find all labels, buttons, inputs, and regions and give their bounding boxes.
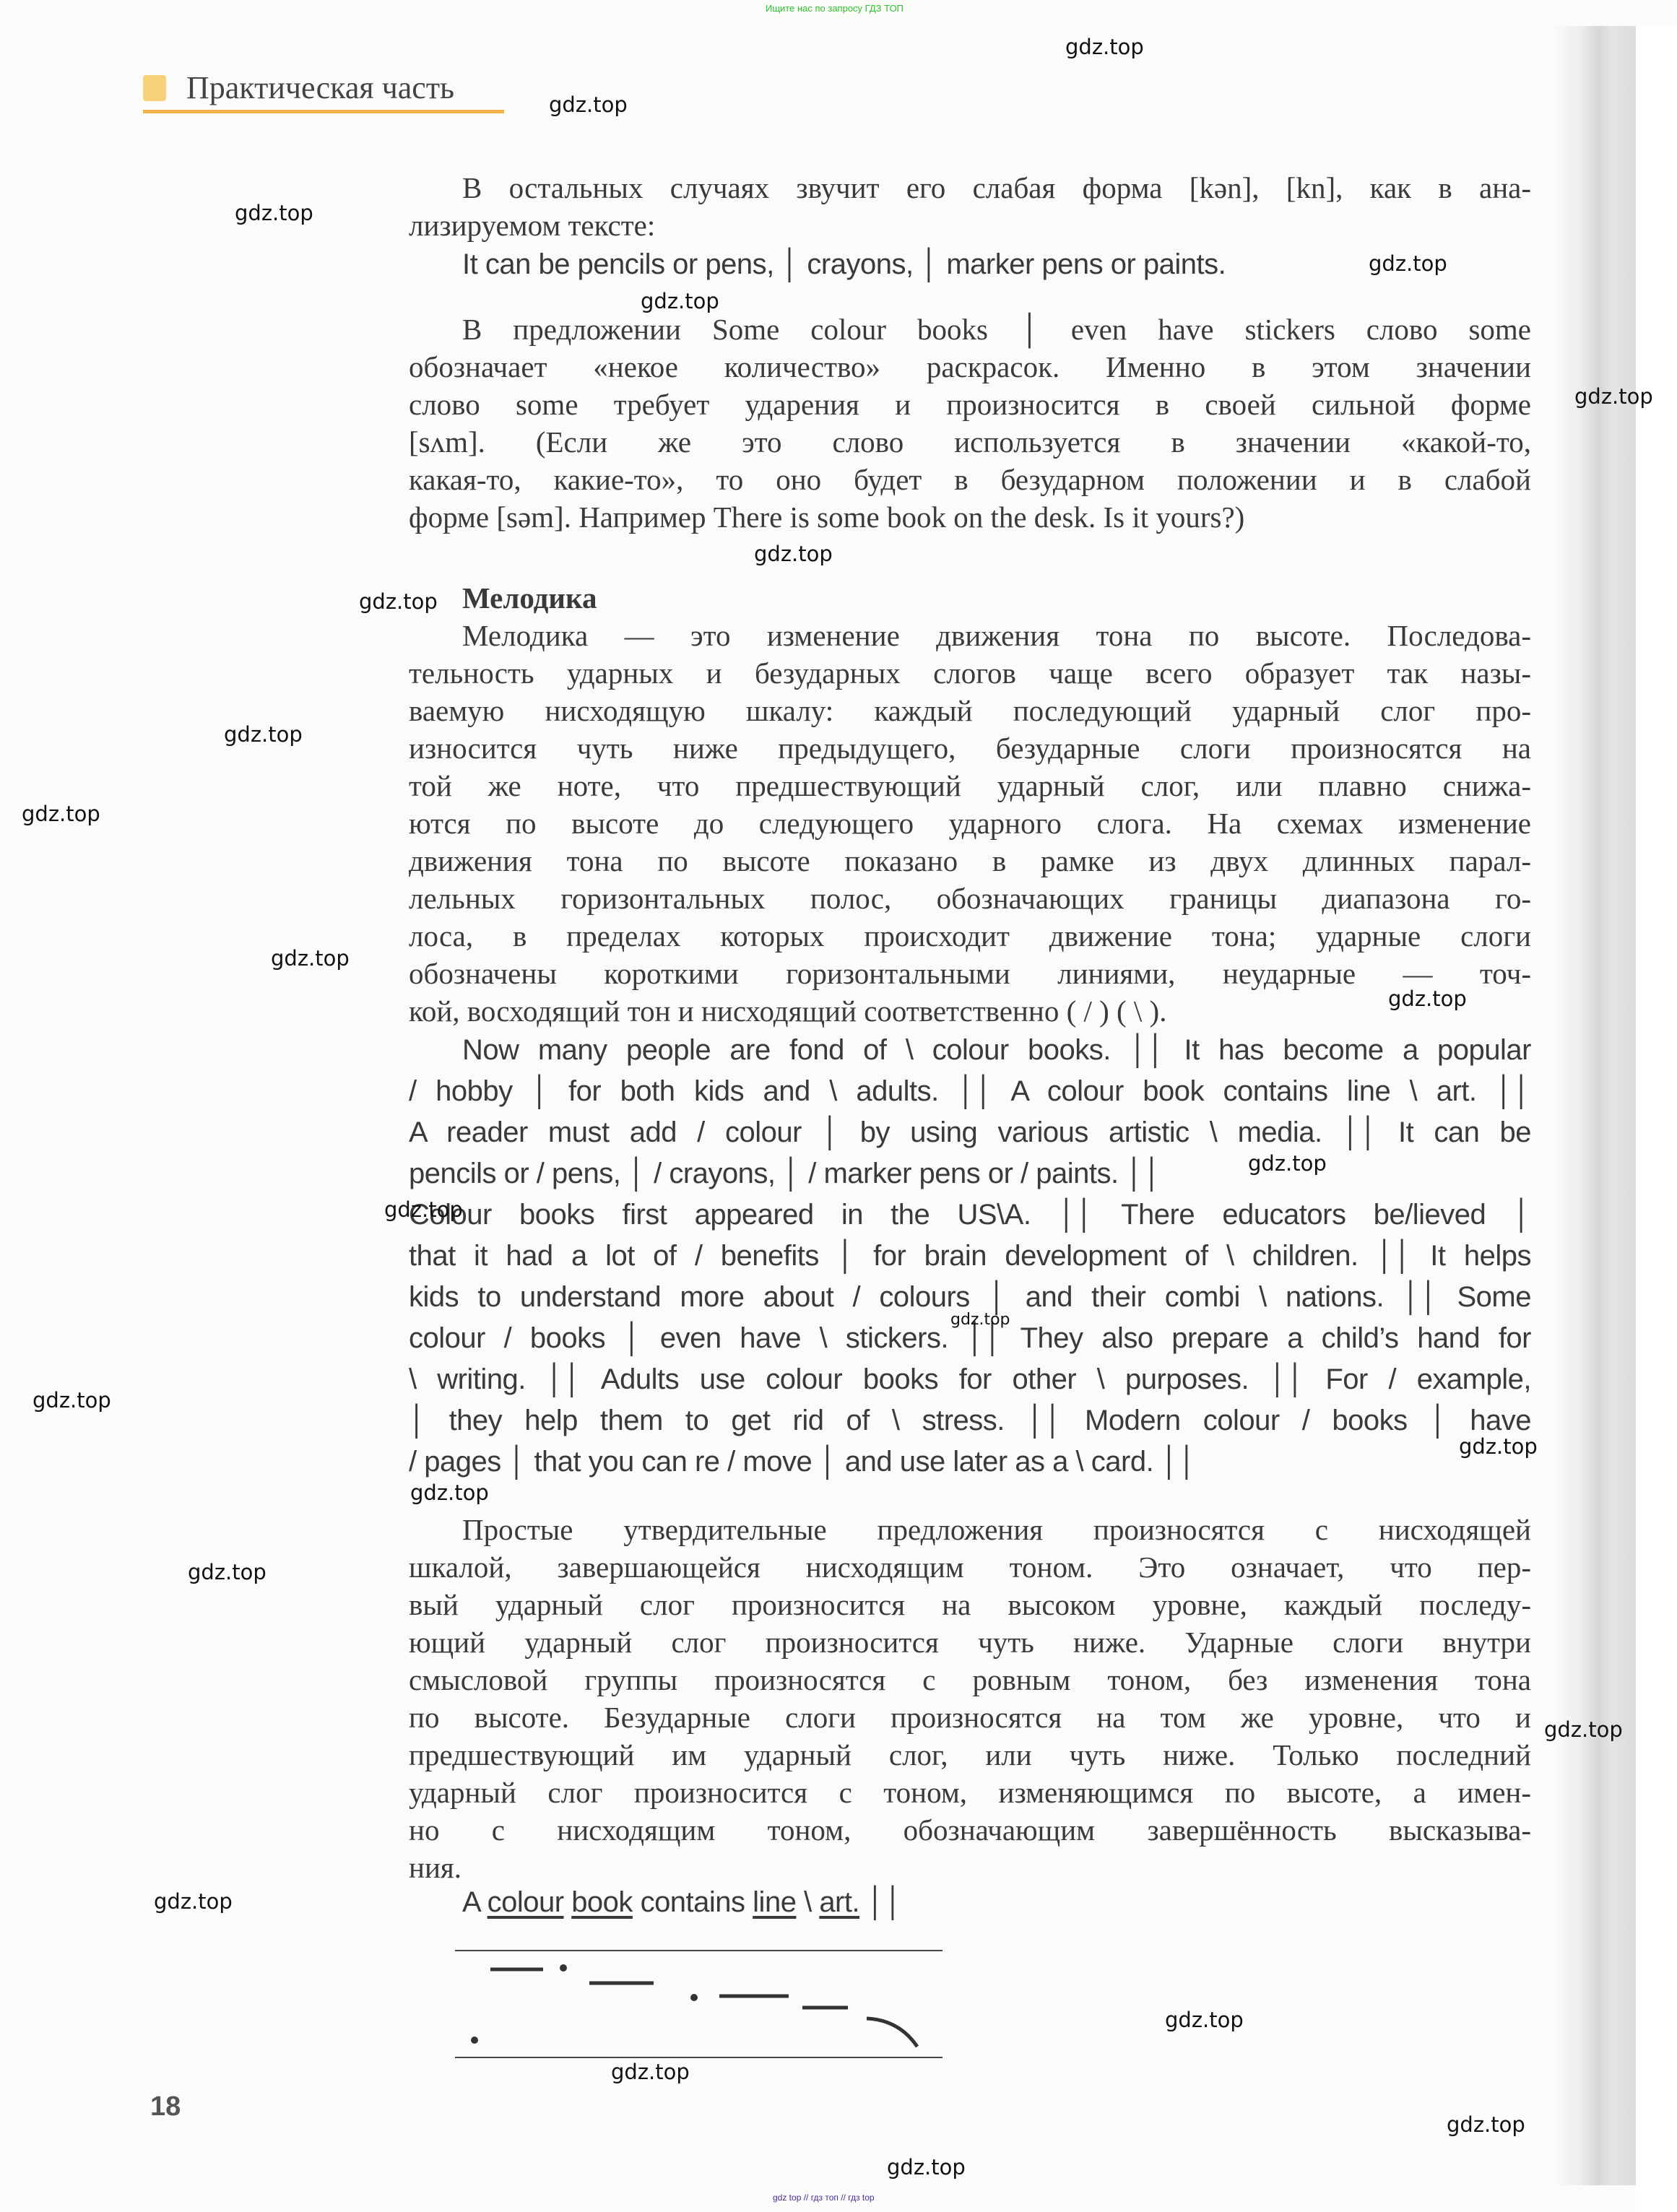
page-number: 18 <box>150 2091 181 2122</box>
text-line: по высоте. Безударные слоги произносятся… <box>409 1697 1531 1738</box>
bottom-banner: gdz top // гдз топ // гдз top <box>773 2193 875 2203</box>
watermark: gdz.top <box>1388 986 1467 1011</box>
text-line: движения тона по высоте показано в рамке… <box>409 841 1531 881</box>
text-line: В предложении Some colour books │ even h… <box>409 309 1531 350</box>
text-line: какая-то, какие-то», то оно будет в безу… <box>409 459 1531 500</box>
word-stressed: contains <box>641 1886 745 1918</box>
watermark: gdz.top <box>1447 2112 1525 2137</box>
watermark: gdz.top <box>22 802 100 826</box>
section-title: Практическая часть <box>186 69 454 106</box>
text-line: лельных горизонтальных полос, обозначающ… <box>409 878 1531 919</box>
text-line: / pages │ that you can re / move │ and u… <box>409 1441 1531 1482</box>
example-sentence: A colour book contains line \ art. ││ <box>462 1886 903 1919</box>
text-line: но с нисходящим тоном, обозначающим заве… <box>409 1810 1531 1850</box>
falling-tone-mark: \ <box>804 1886 812 1918</box>
word-stressed: art. <box>819 1886 859 1918</box>
text-line: обозначены короткими горизонтальными лин… <box>409 953 1531 994</box>
text-line: ния. <box>409 1847 1531 1888</box>
text-line: \ writing. ││ Adults use colour books fo… <box>409 1359 1531 1400</box>
watermark: gdz.top <box>1248 1151 1327 1176</box>
text-line: предшествующий им ударный слог, или чуть… <box>409 1735 1531 1775</box>
pause-mark: ││ <box>867 1886 903 1918</box>
text-line: A reader must add / colour │ by using va… <box>409 1112 1531 1153</box>
watermark: gdz.top <box>32 1388 111 1413</box>
text-line: [sʌm]. (Если же это слово используется в… <box>409 422 1531 462</box>
text-line: Мелодика — это изменение движения тона п… <box>409 615 1531 656</box>
watermark: gdz.top <box>359 589 438 614</box>
page-gutter-shadow <box>1553 26 1636 2185</box>
watermark: gdz.top <box>950 1311 1010 1329</box>
text-line: Colour books first appeared in the US\A.… <box>409 1194 1531 1235</box>
watermark: gdz.top <box>754 542 833 566</box>
word-stressed: colour <box>487 1886 564 1918</box>
watermark: gdz.top <box>549 92 628 117</box>
section-underline <box>143 110 504 113</box>
text-line: износится чуть ниже предыдущего, безудар… <box>409 728 1531 768</box>
watermark: gdz.top <box>1065 35 1144 59</box>
watermark: gdz.top <box>611 2060 690 2084</box>
text-line: ваемую нисходящую шкалу: каждый последую… <box>409 690 1531 731</box>
text-line: │ they help them to get rid of \ stress.… <box>409 1400 1531 1441</box>
watermark: gdz.top <box>641 289 719 313</box>
watermark: gdz.top <box>224 722 303 747</box>
watermark: gdz.top <box>1369 251 1447 276</box>
outside-area <box>1636 26 1677 2212</box>
section-marker-icon <box>143 75 166 101</box>
top-banner: Ищите нас по запросу ГДЗ ТОП <box>766 3 903 14</box>
text-line: кой, восходящий тон и нисходящий соответ… <box>409 991 1531 1031</box>
text-line: pencils or / pens, │ / crayons, │ / mark… <box>409 1153 1531 1194</box>
text-line: обозначает «некое количество» раскрасок.… <box>409 347 1531 387</box>
watermark: gdz.top <box>1544 1717 1623 1742</box>
text-line: смысловой группы произносятся с ровным т… <box>409 1660 1531 1700</box>
text-line: лизируемом тексте: <box>409 205 1531 246</box>
watermark: gdz.top <box>410 1480 489 1505</box>
text-line: лоса, в пределах которых происходит движ… <box>409 916 1531 956</box>
text-line: that it had a lot of / benefits │ for br… <box>409 1236 1531 1276</box>
watermark: gdz.top <box>154 1889 233 1914</box>
text-line: ющий ударный слог произносится чуть ниже… <box>409 1622 1531 1662</box>
example-sentence: It can be pencils or pens, │ crayons, │ … <box>409 244 1531 285</box>
text-line: ются по высоте до следующего ударного сл… <box>409 803 1531 843</box>
watermark: gdz.top <box>384 1197 463 1222</box>
subheading: Мелодика <box>409 578 1531 618</box>
intonation-diagram <box>455 1935 961 2080</box>
watermark: gdz.top <box>1165 2008 1244 2032</box>
watermark: gdz.top <box>1459 1434 1538 1459</box>
watermark: gdz.top <box>271 946 350 971</box>
text-line: той же ноте, что предшествующий ударный … <box>409 765 1531 806</box>
word-stressed: line <box>753 1886 796 1918</box>
text-line: шкалой, завершающейся нисходящим тоном. … <box>409 1547 1531 1587</box>
watermark: gdz.top <box>188 1560 266 1584</box>
text-line: / hobby │ for both kids and \ adults. ││… <box>409 1071 1531 1111</box>
text-line: Now many people are fond of \ colour boo… <box>409 1030 1531 1070</box>
watermark: gdz.top <box>1574 384 1653 409</box>
word-stressed: book <box>571 1886 633 1918</box>
text-line: Простые утвердительные предложения произ… <box>409 1509 1531 1550</box>
watermark: gdz.top <box>887 2155 966 2180</box>
text-line: форме [səm]. Например There is some book… <box>409 497 1531 537</box>
text-line: слово some требует ударения и произносит… <box>409 384 1531 425</box>
watermark: gdz.top <box>235 201 313 225</box>
text-line: вый ударный слог произносится на высоком… <box>409 1584 1531 1625</box>
word: A <box>462 1886 480 1918</box>
text-line: ударный слог произносится с тоном, измен… <box>409 1772 1531 1813</box>
text-line: тельность ударных и безударных слогов ча… <box>409 653 1531 693</box>
text-line: В остальных случаях звучит его слабая фо… <box>409 168 1531 208</box>
